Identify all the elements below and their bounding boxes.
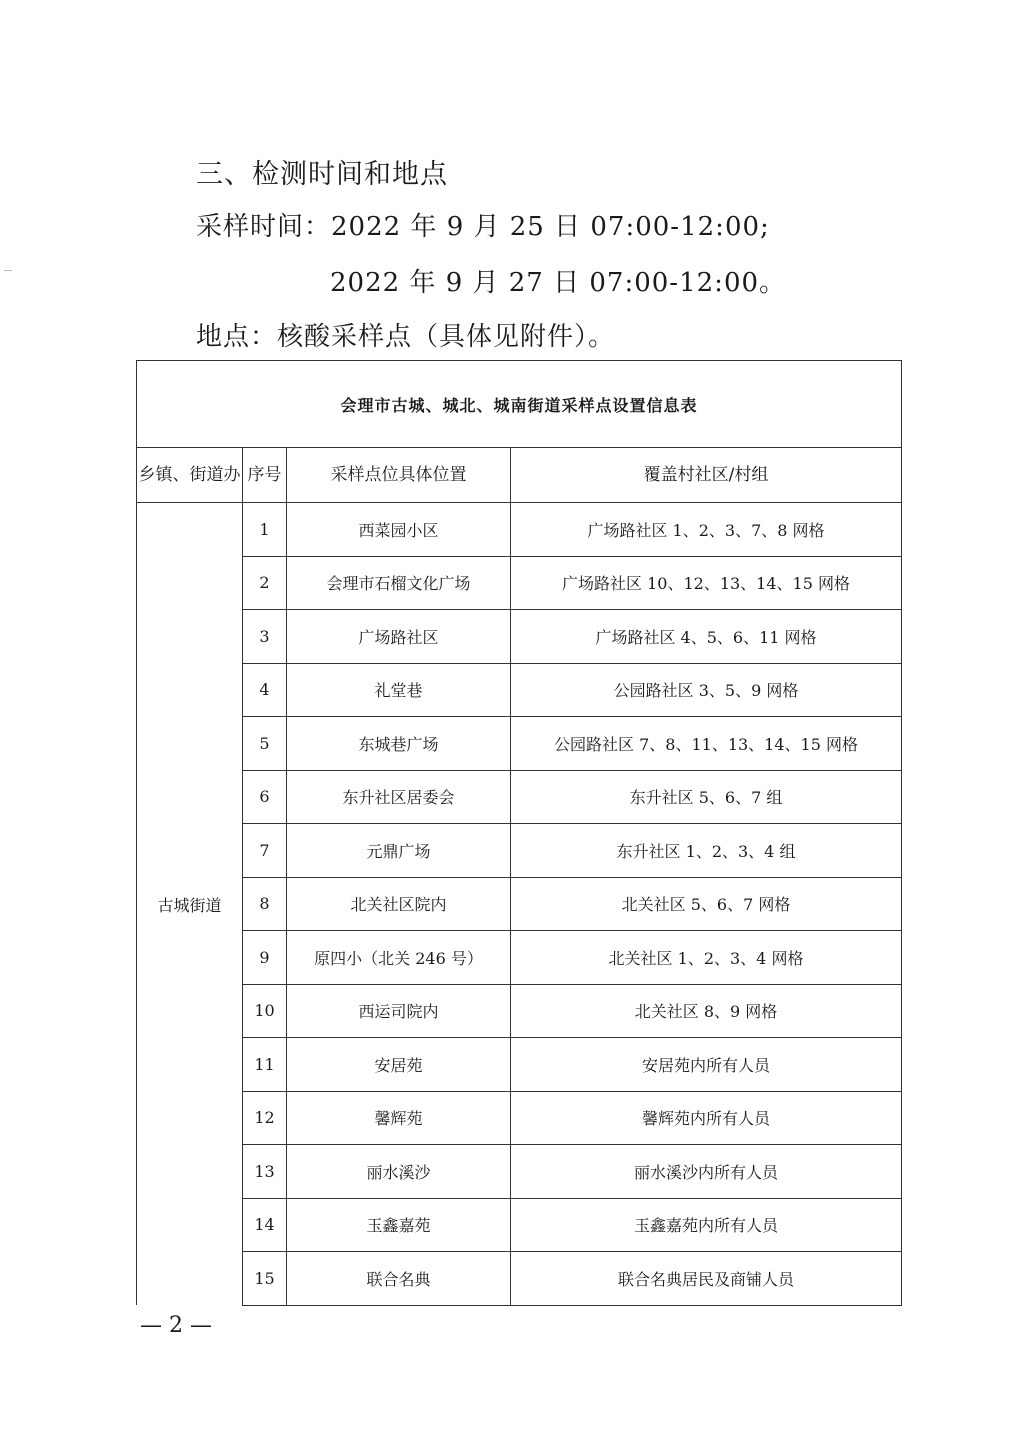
table-row: 6 东升社区居委会 东升社区 5、6、7 组	[137, 770, 902, 824]
coverage-cell: 东升社区 5、6、7 组	[511, 770, 902, 824]
coverage-cell: 玉鑫嘉苑内所有人员	[511, 1198, 902, 1252]
seq-cell: 14	[243, 1198, 287, 1252]
coverage-cell: 东升社区 1、2、3、4 组	[511, 824, 902, 878]
seq-cell: 6	[243, 770, 287, 824]
coverage-cell: 馨辉苑内所有人员	[511, 1091, 902, 1145]
table-row: 14 玉鑫嘉苑 玉鑫嘉苑内所有人员	[137, 1198, 902, 1252]
seq-cell: 8	[243, 877, 287, 931]
sampling-time-line-1: 采样时间：2022 年 9 月 25 日 07:00-12:00;	[196, 206, 770, 243]
site-cell: 安居苑	[287, 1038, 511, 1092]
coverage-cell: 北关社区 1、2、3、4 网格	[511, 931, 902, 985]
seq-cell: 12	[243, 1091, 287, 1145]
seq-cell: 9	[243, 931, 287, 985]
seq-cell: 4	[243, 663, 287, 717]
site-cell: 元鼎广场	[287, 824, 511, 878]
site-cell: 联合名典	[287, 1252, 511, 1306]
table-row: 4 礼堂巷 公园路社区 3、5、9 网格	[137, 663, 902, 717]
header-seq: 序号	[243, 448, 287, 503]
seq-cell: 2	[243, 556, 287, 610]
seq-cell: 15	[243, 1252, 287, 1306]
table-row: 12 馨辉苑 馨辉苑内所有人员	[137, 1091, 902, 1145]
coverage-cell: 联合名典居民及商铺人员	[511, 1252, 902, 1306]
coverage-cell: 北关社区 5、6、7 网格	[511, 877, 902, 931]
site-cell: 礼堂巷	[287, 663, 511, 717]
scan-mark	[4, 270, 12, 271]
seq-cell: 1	[243, 503, 287, 557]
header-district: 乡镇、街道办	[137, 448, 243, 503]
site-cell: 东城巷广场	[287, 717, 511, 771]
seq-cell: 11	[243, 1038, 287, 1092]
section-heading: 三、检测时间和地点	[196, 152, 448, 191]
district-cell: 古城街道	[137, 503, 243, 1306]
coverage-cell: 安居苑内所有人员	[511, 1038, 902, 1092]
seq-cell: 3	[243, 610, 287, 664]
location-line: 地点：核酸采样点（具体见附件）。	[196, 316, 615, 353]
seq-cell: 5	[243, 717, 287, 771]
coverage-cell: 公园路社区 3、5、9 网格	[511, 663, 902, 717]
table-title: 会理市古城、城北、城南街道采样点设置信息表	[137, 361, 902, 448]
site-cell: 会理市石榴文化广场	[287, 556, 511, 610]
site-cell: 西运司院内	[287, 984, 511, 1038]
coverage-cell: 北关社区 8、9 网格	[511, 984, 902, 1038]
site-cell: 东升社区居委会	[287, 770, 511, 824]
coverage-cell: 广场路社区 10、12、13、14、15 网格	[511, 556, 902, 610]
table-row: 8 北关社区院内 北关社区 5、6、7 网格	[137, 877, 902, 931]
table-header-row: 乡镇、街道办 序号 采样点位具体位置 覆盖村社区/村组	[137, 448, 902, 503]
header-coverage: 覆盖村社区/村组	[511, 448, 902, 503]
sampling-time-line-2: 2022 年 9 月 27 日 07:00-12:00。	[330, 262, 786, 299]
site-cell: 原四小（北关 246 号）	[287, 931, 511, 985]
table-row: 7 元鼎广场 东升社区 1、2、3、4 组	[137, 824, 902, 878]
table-row: 3 广场路社区 广场路社区 4、5、6、11 网格	[137, 610, 902, 664]
site-cell: 丽水溪沙	[287, 1145, 511, 1199]
site-cell: 玉鑫嘉苑	[287, 1198, 511, 1252]
coverage-cell: 广场路社区 1、2、3、7、8 网格	[511, 503, 902, 557]
sampling-sites-table: 会理市古城、城北、城南街道采样点设置信息表 乡镇、街道办 序号 采样点位具体位置…	[136, 360, 902, 1306]
coverage-cell: 广场路社区 4、5、6、11 网格	[511, 610, 902, 664]
table-row: 2 会理市石榴文化广场 广场路社区 10、12、13、14、15 网格	[137, 556, 902, 610]
table-row: 11 安居苑 安居苑内所有人员	[137, 1038, 902, 1092]
page-number: — 2 —	[140, 1313, 212, 1338]
site-cell: 北关社区院内	[287, 877, 511, 931]
coverage-cell: 丽水溪沙内所有人员	[511, 1145, 902, 1199]
site-cell: 西菜园小区	[287, 503, 511, 557]
header-site: 采样点位具体位置	[287, 448, 511, 503]
table-row: 15 联合名典 联合名典居民及商铺人员	[137, 1252, 902, 1306]
site-cell: 广场路社区	[287, 610, 511, 664]
site-cell: 馨辉苑	[287, 1091, 511, 1145]
table-row: 13 丽水溪沙 丽水溪沙内所有人员	[137, 1145, 902, 1199]
table-row: 9 原四小（北关 246 号） 北关社区 1、2、3、4 网格	[137, 931, 902, 985]
seq-cell: 13	[243, 1145, 287, 1199]
table-row: 10 西运司院内 北关社区 8、9 网格	[137, 984, 902, 1038]
seq-cell: 10	[243, 984, 287, 1038]
table-row: 古城街道 1 西菜园小区 广场路社区 1、2、3、7、8 网格	[137, 503, 902, 557]
table-row: 5 东城巷广场 公园路社区 7、8、11、13、14、15 网格	[137, 717, 902, 771]
seq-cell: 7	[243, 824, 287, 878]
coverage-cell: 公园路社区 7、8、11、13、14、15 网格	[511, 717, 902, 771]
